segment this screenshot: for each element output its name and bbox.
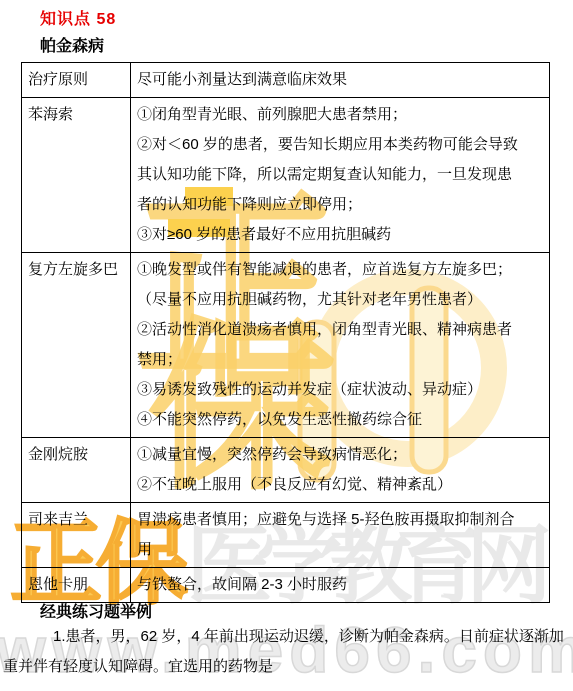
- row-label-treatment-principle: 治疗原则: [22, 63, 131, 98]
- row-label-levodopa: 复方左旋多巴: [22, 253, 131, 438]
- row-label-selegiline: 司来吉兰: [22, 503, 131, 568]
- table-row: 司来吉兰 胃溃疡患者慎用；应避免与选择 5-羟色胺再摄取抑制剂合 用: [22, 503, 550, 568]
- table-row: 恩他卡朋 与铁螯合，故间隔 2-3 小时服药: [22, 568, 550, 603]
- row-label-benhexol: 苯海索: [22, 98, 131, 253]
- row-content-entacapone: 与铁螯合，故间隔 2-3 小时服药: [131, 568, 550, 603]
- practice-question: 1.患者，男，62 岁，4 年前出现运动迟缓，诊断为帕金森病。日前症状逐渐加重并…: [3, 622, 571, 682]
- document-page: 正 保 正保 医学教育网 www.med66.com 知识点 58 帕金森病 治…: [0, 0, 573, 691]
- practice-heading: 经典练习题举例: [40, 599, 152, 622]
- table-row: 苯海索 ①闭角型青光眼、前列腺肥大患者禁用； ②对＜60 岁的患者，要告知长期应…: [22, 98, 550, 253]
- table-row: 治疗原则 尽可能小剂量达到满意临床效果: [22, 63, 550, 98]
- row-content-levodopa: ①晚发型或伴有智能减退的患者，应首选复方左旋多巴； （尽量不应用抗胆碱药物，尤其…: [131, 253, 550, 438]
- row-content-amantadine: ①减量宜慢，突然停药会导致病情恶化； ②不宜晚上服用（不良反应有幻觉、精神紊乱）: [131, 438, 550, 503]
- row-content-selegiline: 胃溃疡患者慎用；应避免与选择 5-羟色胺再摄取抑制剂合 用: [131, 503, 550, 568]
- row-label-amantadine: 金刚烷胺: [22, 438, 131, 503]
- row-label-entacapone: 恩他卡朋: [22, 568, 131, 603]
- table-row: 复方左旋多巴 ①晚发型或伴有智能减退的患者，应首选复方左旋多巴； （尽量不应用抗…: [22, 253, 550, 438]
- knowledge-point-title: 知识点 58: [40, 6, 116, 29]
- table-row: 金刚烷胺 ①减量宜慢，突然停药会导致病情恶化； ②不宜晚上服用（不良反应有幻觉、…: [22, 438, 550, 503]
- content-layer: 知识点 58 帕金森病 治疗原则 尽可能小剂量达到满意临床效果 苯海索 ①闭角型…: [0, 0, 573, 691]
- topic-title: 帕金森病: [40, 33, 104, 56]
- row-content-treatment-principle: 尽可能小剂量达到满意临床效果: [131, 63, 550, 98]
- row-content-benhexol: ①闭角型青光眼、前列腺肥大患者禁用； ②对＜60 岁的患者，要告知长期应用本类药…: [131, 98, 550, 253]
- drug-table: 治疗原则 尽可能小剂量达到满意临床效果 苯海索 ①闭角型青光眼、前列腺肥大患者禁…: [21, 62, 550, 603]
